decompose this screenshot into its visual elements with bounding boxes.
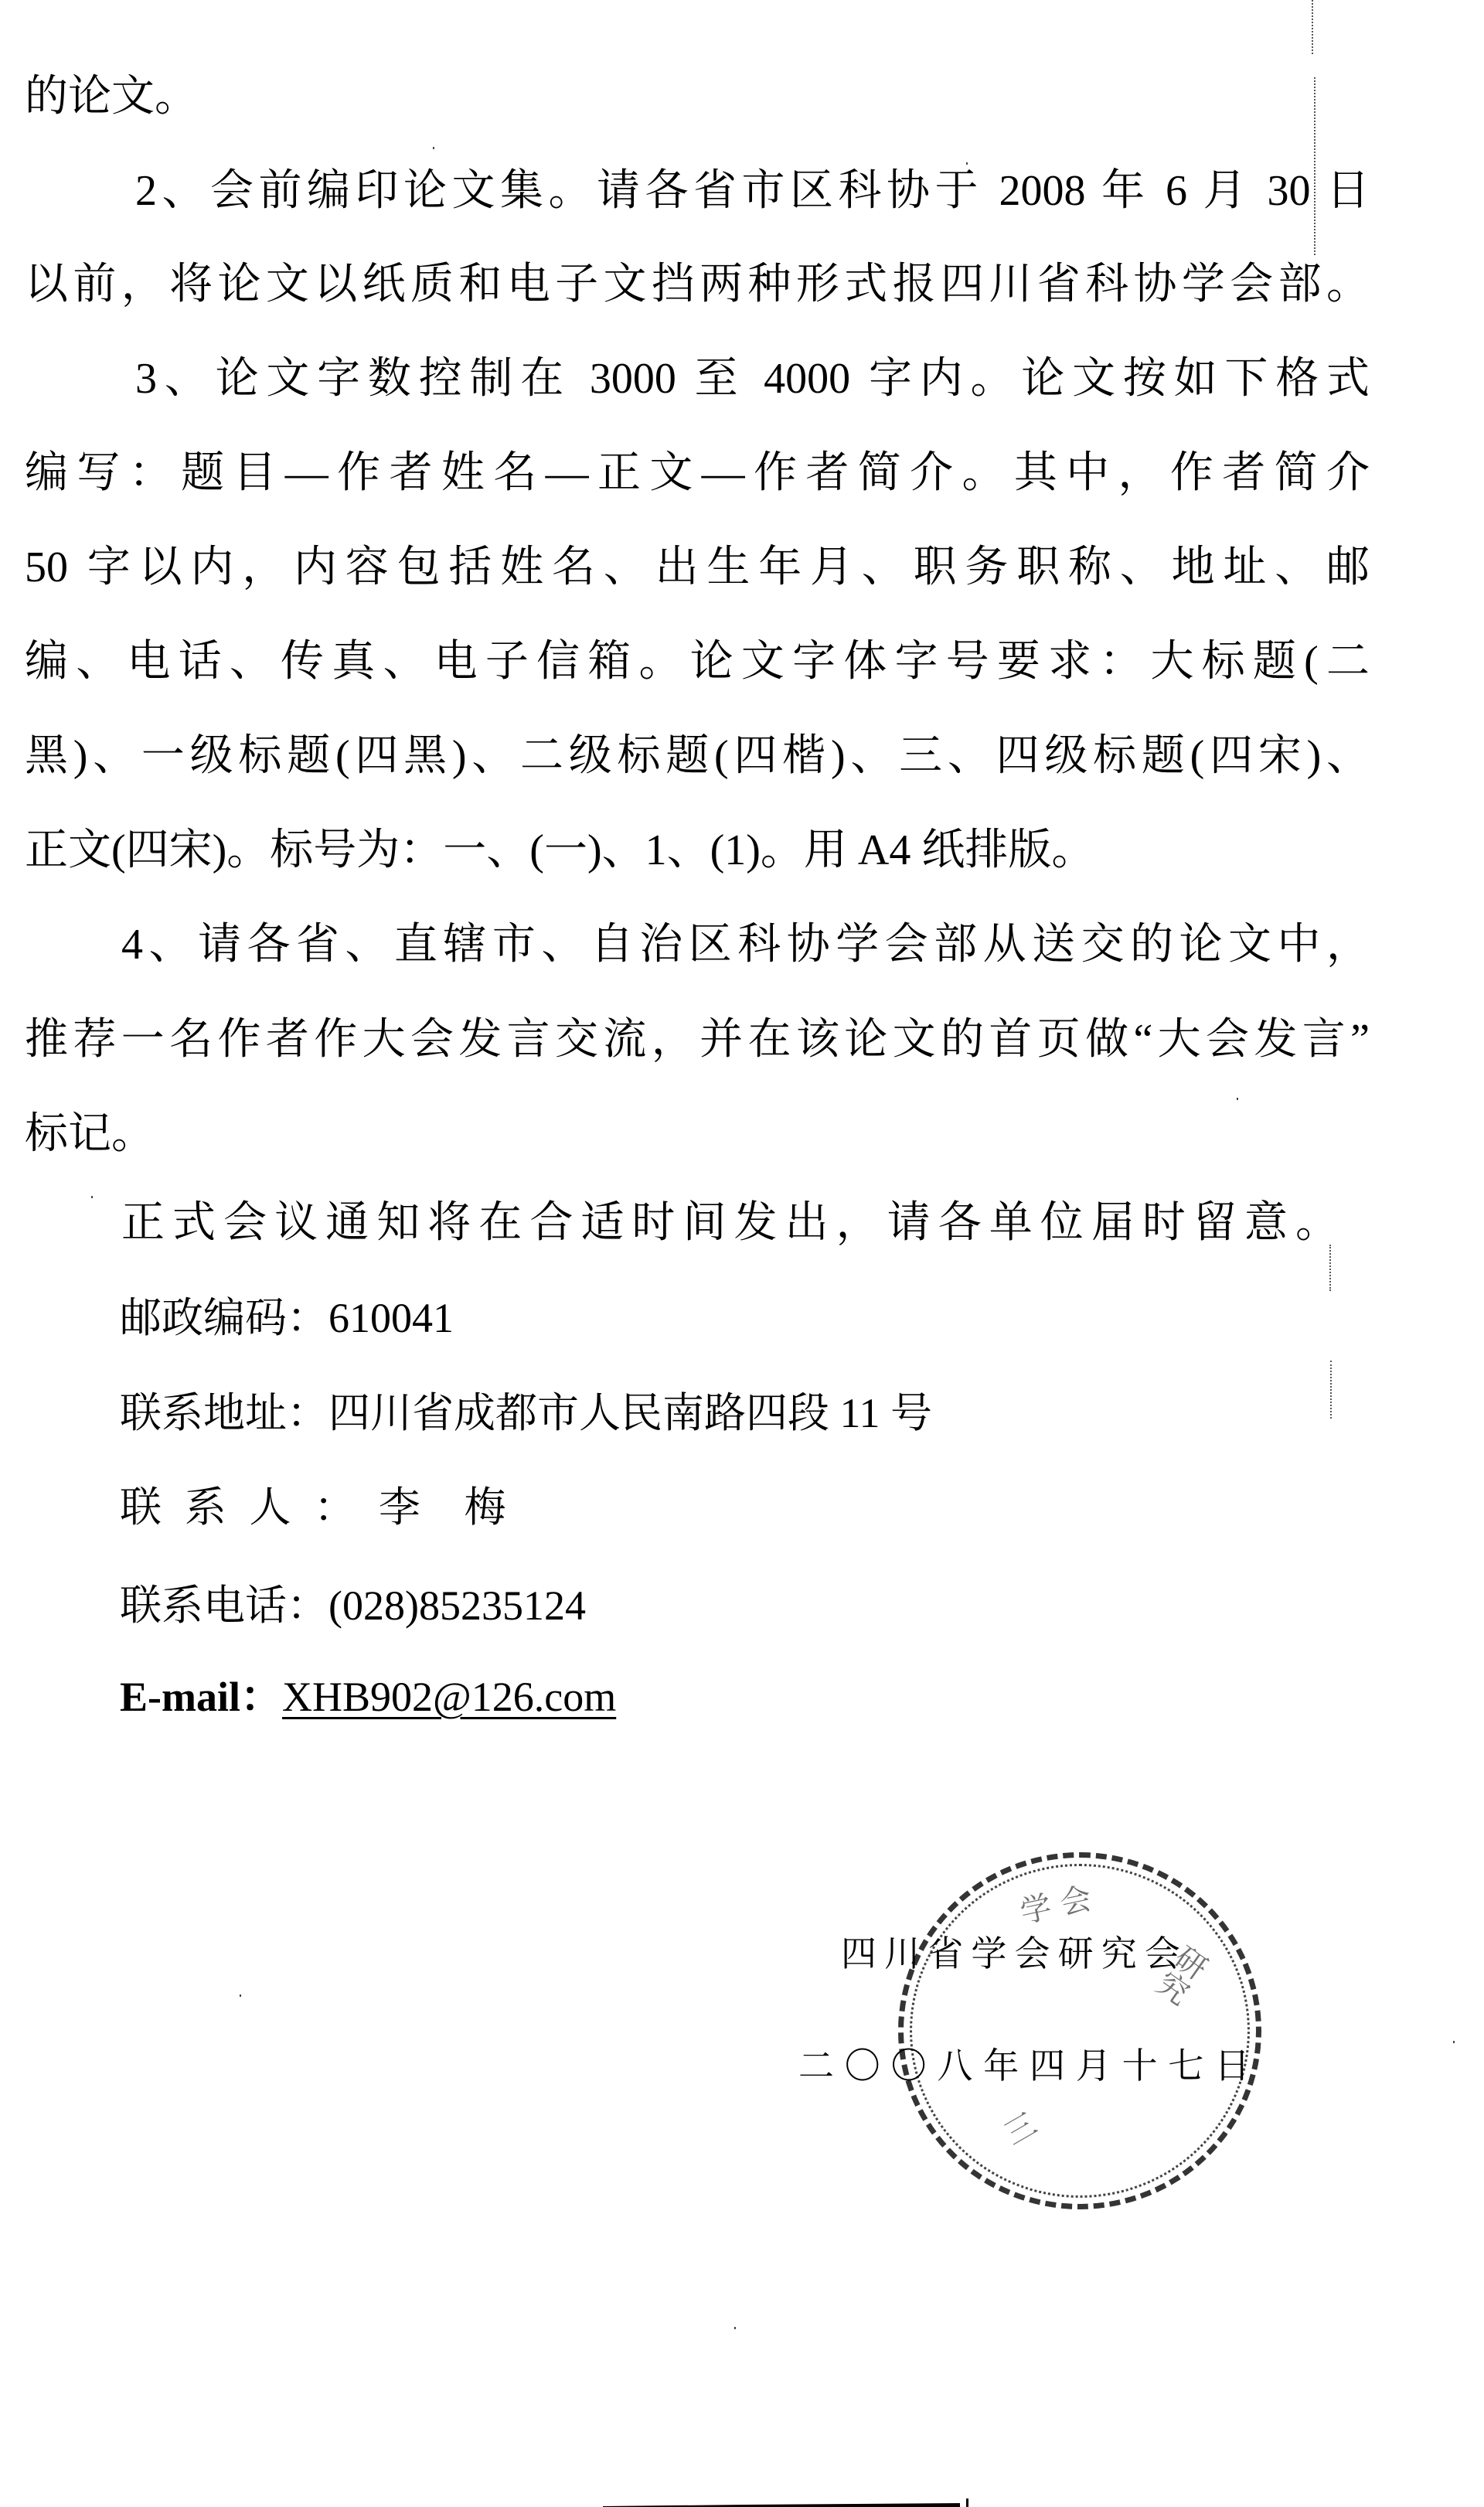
- body-line: 2、会前编印论文集。请各省市区科协于 2008 年 6 月 30 日: [135, 164, 1370, 218]
- scan-speck: [1237, 1098, 1238, 1100]
- address-label: 联系地址：: [120, 1386, 328, 1440]
- body-line: 的论文。: [25, 70, 198, 124]
- body-line: 编写：题目—作者姓名—正文—作者简介。其中，作者简介: [25, 446, 1370, 500]
- email-label: E-mail：: [120, 1670, 282, 1724]
- body-line: 50 字以内，内容包括姓名、出生年月、职务职称、地址、邮: [25, 540, 1370, 594]
- postal-code-label: 邮政编码：: [120, 1291, 328, 1345]
- body-line: 以前，将论文以纸质和电子文挡两种形式报四川省科协学会部。: [25, 257, 1370, 312]
- contact-address: 联系地址：四川省成都市人民南路四段 11 号: [120, 1386, 932, 1440]
- body-line: 4、请各省、直辖市、自治区科协学会部从送交的论文中，: [121, 918, 1370, 972]
- body-line: 编、电话、传真、电子信箱。论文字体字号要求：大标题(二: [25, 635, 1370, 689]
- scan-artifact-line: [1329, 1245, 1331, 1291]
- body-line: 推荐一名作者作大会发言交流，并在该论文的首页做“大会发言”: [25, 1013, 1370, 1067]
- phone-value: (028)85235124: [328, 1579, 586, 1633]
- person-value: 李 梅: [379, 1480, 522, 1535]
- scan-speck: [91, 1196, 93, 1198]
- contact-person: 联系人：李 梅: [120, 1480, 522, 1535]
- scan-speck: [433, 147, 434, 149]
- contact-postal-code: 邮政编码：610041: [120, 1291, 454, 1345]
- page-bottom-tick: [966, 2498, 968, 2507]
- scan-speck: [734, 2327, 736, 2329]
- scan-artifact-line: [1312, 0, 1313, 54]
- official-seal-stamp: 学 会 研究 三: [898, 1852, 1261, 2209]
- contact-email: E-mail：XHB902@126.com: [120, 1670, 616, 1724]
- body-line: 3、论文字数控制在 3000 至 4000 字内。论文按如下格式: [135, 352, 1370, 406]
- phone-label: 联系电话：: [120, 1579, 328, 1633]
- scan-speck: [240, 1994, 241, 1997]
- notice-line: 正式会议通知将在合适时间发出，请各单位届时留意。: [121, 1196, 1339, 1250]
- body-line: 黑)、一级标题(四黑)、二级标题(四楷)、三、四级标题(四宋)、: [25, 729, 1370, 783]
- address-value: 四川省成都市人民南路四段 11 号: [328, 1386, 932, 1440]
- postal-code-value: 610041: [328, 1291, 454, 1345]
- signature-date: 二〇〇八年四月十七日: [798, 2043, 1261, 2090]
- scan-speck: [1453, 2041, 1455, 2043]
- body-line: 正文(四宋)。标号为：一、(一)、1、(1)。用 A4 纸排版。: [25, 823, 1094, 877]
- signature-organization: 四川省学会研究会: [841, 1931, 1188, 1977]
- scan-artifact-line: [1330, 1361, 1332, 1419]
- body-line: 标记。: [25, 1107, 155, 1161]
- contact-phone: 联系电话：(028)85235124: [120, 1579, 586, 1633]
- document-page: 的论文。 2、会前编印论文集。请各省市区科协于 2008 年 6 月 30 日 …: [0, 0, 1484, 2507]
- person-label: 联系人：: [120, 1480, 379, 1535]
- email-link[interactable]: XHB902@126.com: [282, 1670, 616, 1724]
- page-bottom-rule: [603, 2503, 960, 2507]
